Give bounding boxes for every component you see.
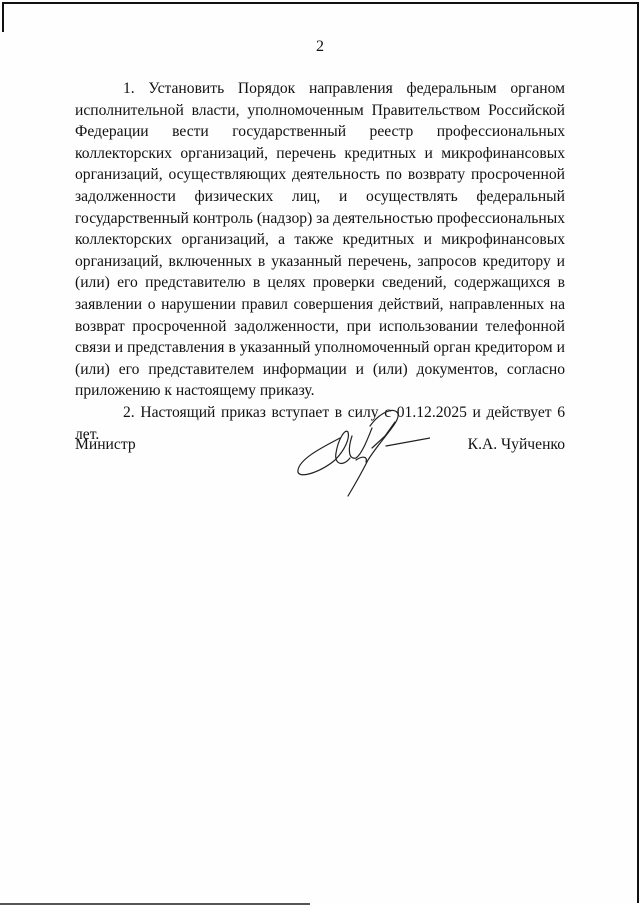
scan-border-top: [2, 2, 638, 4]
page-number: 2: [0, 38, 640, 56]
signature-icon: [290, 398, 430, 498]
scan-border-left: [2, 2, 4, 32]
signatory-name: К.А. Чуйченко: [468, 436, 565, 454]
scan-border-right: [637, 2, 639, 903]
signatory-title: Министр: [75, 436, 136, 454]
paragraph-1: 1. Установить Порядок направления федера…: [75, 78, 565, 402]
document-page: 2 1. Установить Порядок направления феде…: [0, 0, 640, 905]
document-body: 1. Установить Порядок направления федера…: [75, 78, 565, 445]
